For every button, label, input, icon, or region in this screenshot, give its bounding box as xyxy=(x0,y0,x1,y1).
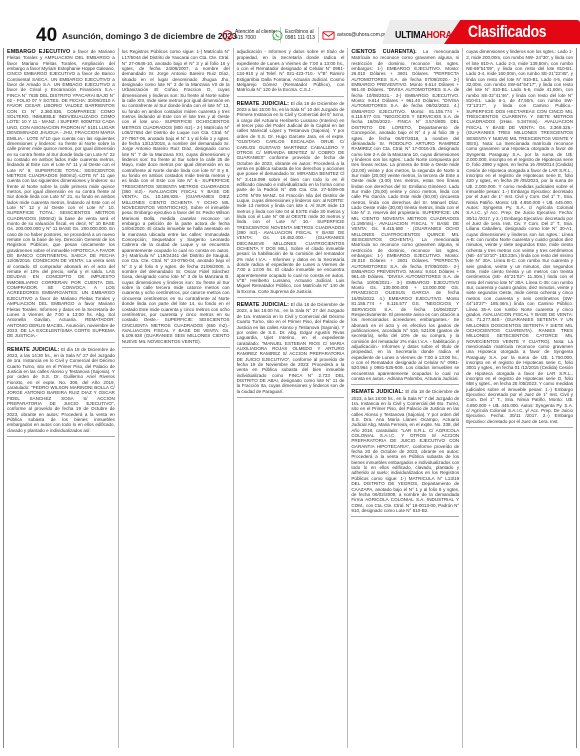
phone-icon xyxy=(222,30,233,41)
legal-notice: cuyas dimensiones y linderos son los sgt… xyxy=(466,49,573,428)
page-header: 40 Asunción, domingo 3 de diciembre de 2… xyxy=(0,26,580,46)
legal-notice: REMATE JUDICIAL: El día 18 de Diciembre … xyxy=(237,101,345,298)
column-3: adjudicación - Informes y datos sobre el… xyxy=(233,48,348,748)
contact-value: 0981 111 013 xyxy=(285,35,315,41)
email-icon xyxy=(322,30,335,41)
whatsapp-contact[interactable]: Escríbinos al0981 111 013 xyxy=(272,27,319,43)
legal-notice: REMATE JUDICIAL: El día 18 de Diciembre … xyxy=(351,389,459,517)
contact-value: 415 7000 xyxy=(235,35,277,41)
legal-notice: adjudicación - Informes y datos sobre el… xyxy=(237,49,345,97)
legal-notice: EMBARGO EJECUTIVO a favor de Mariano Fle… xyxy=(7,49,115,343)
column-1: EMBARGO EJECUTIVO a favor de Mariano Fle… xyxy=(3,48,118,748)
legal-notice: CIENTOS CUARENTA). La mencionada Matrícu… xyxy=(351,49,459,385)
email-contact[interactable]: avisos@uhora.com.py xyxy=(322,27,390,43)
contact-value: avisos@uhora.com.py xyxy=(337,32,387,38)
legal-notice: los Registros Públicos como sigue: 1-) M… xyxy=(122,49,230,348)
page-number: 40 xyxy=(36,26,57,46)
section-title-tab: Clasificados xyxy=(444,20,580,44)
section-title: Clasificados xyxy=(468,22,546,42)
newspaper-logo: ULTIMAHORA xyxy=(395,29,452,41)
legal-notice: REMATE JUDICIAL: El día 18 de Diciembre … xyxy=(237,302,345,398)
column-2: los Registros Públicos como sigue: 1-) M… xyxy=(118,48,233,748)
column-4: CIENTOS CUARENTA). La mencionada Matrícu… xyxy=(347,48,462,748)
whatsapp-icon xyxy=(272,30,283,41)
publication-date: Asunción, domingo 3 de diciembre de 2023 xyxy=(62,31,237,41)
classifieds-columns: EMBARGO EJECUTIVO a favor de Mariano Fle… xyxy=(3,48,577,748)
column-5: cuyas dimensiones y linderos son los sgt… xyxy=(462,48,577,748)
legal-notice: REMATE JUDICIAL: El día 18 de Diciembre … xyxy=(7,347,115,438)
